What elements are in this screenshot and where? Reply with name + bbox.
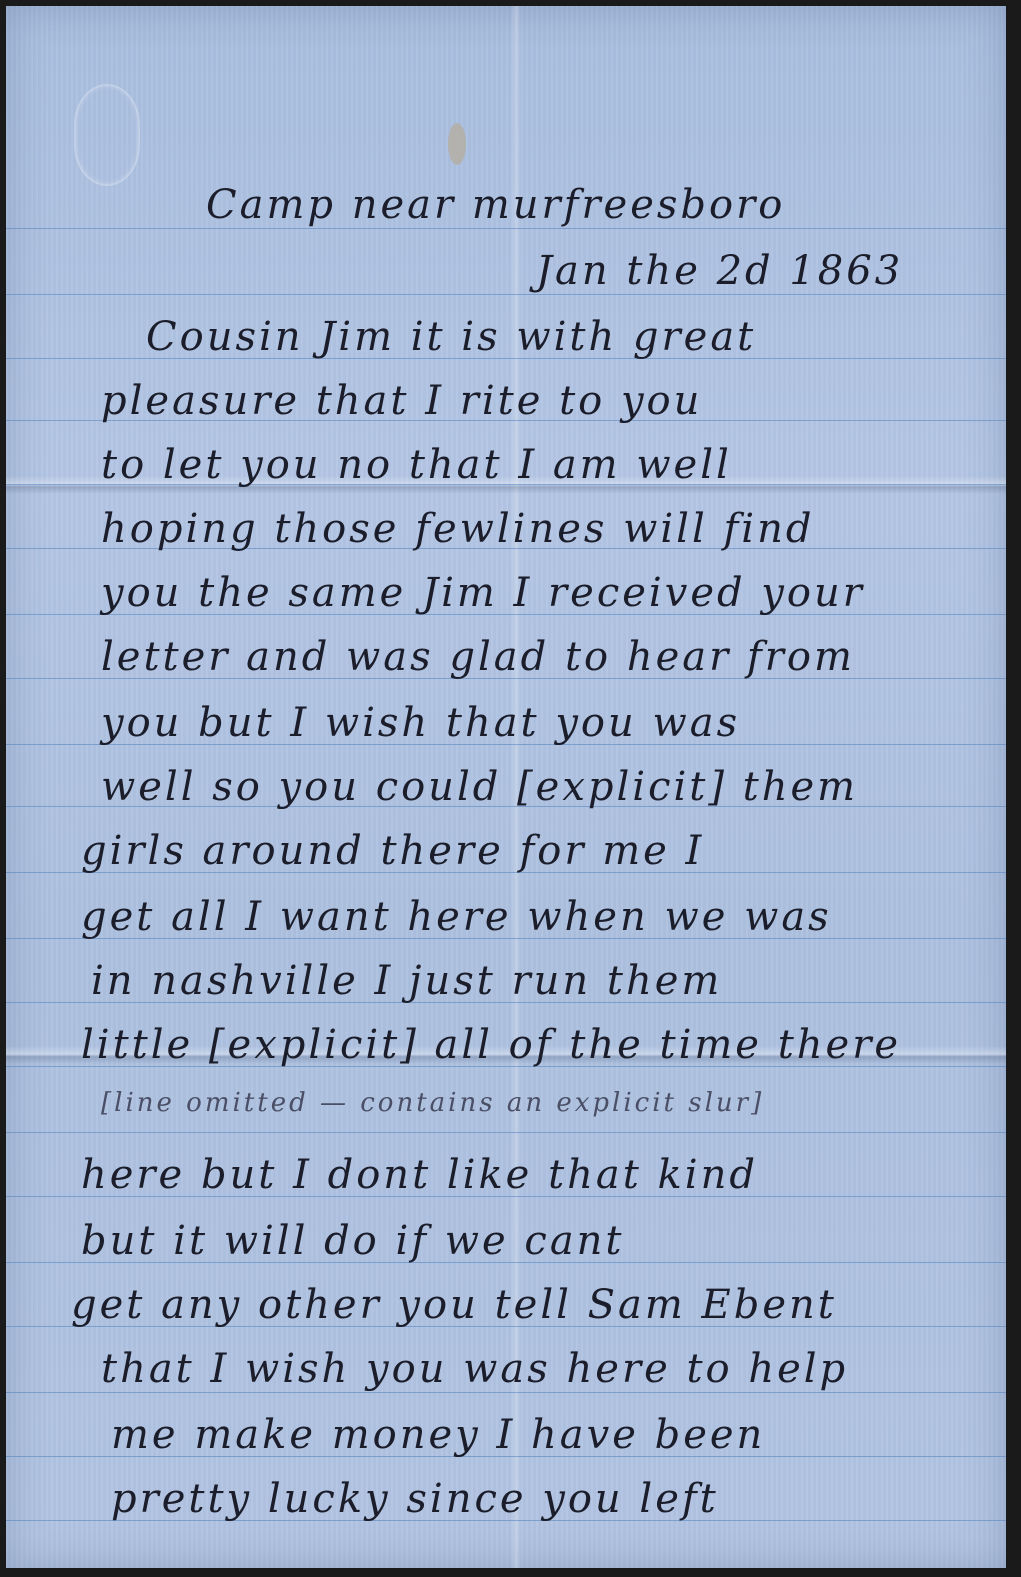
letter-line: here but I dont like that kind [81, 1152, 758, 1198]
letter-line: in nashville I just run them [91, 958, 722, 1004]
letter-line: letter and was glad to hear from [101, 634, 855, 680]
letter-line: but it will do if we cant [81, 1218, 625, 1264]
letter-line: well so you could [explicit] them [101, 764, 858, 810]
heading-place: Camp near murfreesboro [206, 182, 785, 228]
paper-stain [448, 123, 466, 165]
letter-line-omitted: [line omitted — contains an explicit slu… [101, 1088, 764, 1118]
letter-line: to let you no that I am well [101, 442, 732, 488]
letter-line: Cousin Jim it is with great [146, 314, 756, 360]
letter-line: you the same Jim I received your [101, 570, 865, 616]
letter-line: you but I wish that you was [101, 700, 740, 746]
letter-line: me make money I have been [111, 1412, 765, 1458]
letter-line: girls around there for me I [81, 828, 704, 874]
letter-line: pretty lucky since you left [111, 1476, 719, 1522]
letter-line: that I wish you was here to help [101, 1346, 848, 1392]
letter-line: get all I want here when we was [81, 894, 832, 940]
letter-line: pleasure that I rite to you [101, 378, 702, 424]
embossed-stationer-stamp [74, 84, 140, 186]
letter-page: Camp near murfreesboro Jan the 2d 1863 C… [6, 6, 1006, 1568]
letter-line: little [explicit] all of the time there [81, 1022, 901, 1068]
heading-date: Jan the 2d 1863 [536, 248, 903, 294]
letter-line: get any other you tell Sam Ebent [71, 1282, 837, 1328]
letter-line: hoping those fewlines will find [101, 506, 814, 552]
